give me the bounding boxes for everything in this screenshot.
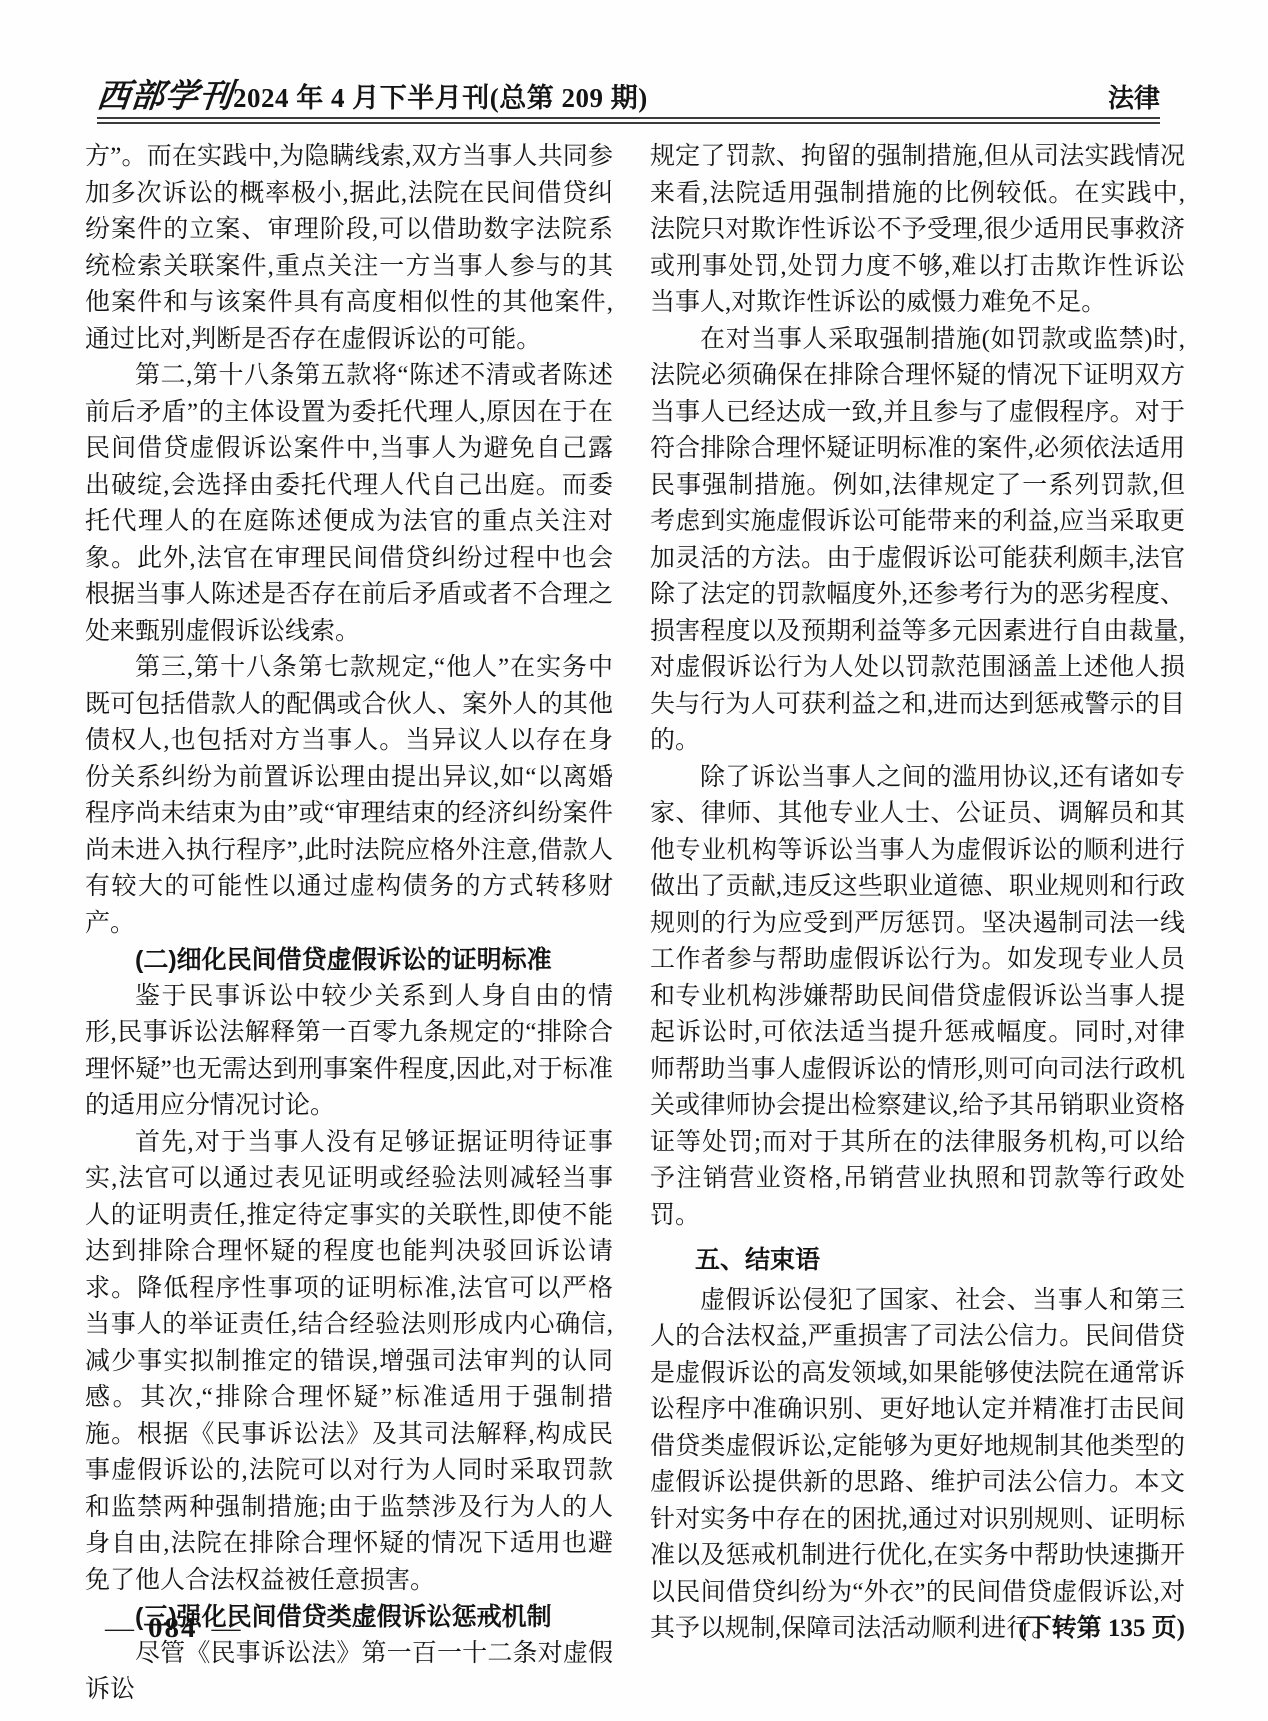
paragraph: 方”。而在实践中,为隐瞒线索,双方当事人共同参加多次诉讼的概率极小,据此,法院在… xyxy=(85,139,613,358)
paragraph: 首先,对于当事人没有足够证据证明待证事实,法官可以通过表见证明或经验法则减轻当事… xyxy=(85,1125,613,1600)
continuation-note: (下转第 135 页) xyxy=(1018,1611,1185,1648)
issue-info: 2024 年 4 月下半月刊(总第 209 期) xyxy=(233,80,648,116)
paragraph: 虚假诉讼侵犯了国家、社会、当事人和第三人的合法权益,严重损害了司法公信力。民间借… xyxy=(650,1283,1185,1648)
subheading-proof-standard: (二)细化民间借贷虚假诉讼的证明标准 xyxy=(85,942,613,979)
page-footer: — 084 — xyxy=(105,1608,241,1648)
section-heading-conclusion: 五、结束语 xyxy=(650,1242,1185,1279)
page-number: 084 xyxy=(148,1608,198,1648)
header-left: 西部学刊 2024 年 4 月下半月刊(总第 209 期) xyxy=(97,78,648,116)
right-column: 规定了罚款、拘留的强制措施,但从司法实践情况来看,法院适用强制措施的比例较低。在… xyxy=(650,139,1185,1709)
paragraph: 规定了罚款、拘留的强制措施,但从司法实践情况来看,法院适用强制措施的比例较低。在… xyxy=(650,139,1185,322)
paragraph: 第三,第十八条第七款规定,“他人”在实务中既可包括借款人的配偶或合伙人、案外人的… xyxy=(85,650,613,942)
paragraph: 第二,第十八条第五款将“陈述不清或者陈述前后矛盾”的主体设置为委托代理人,原因在… xyxy=(85,358,613,650)
journal-page: 西部学刊 2024 年 4 月下半月刊(总第 209 期) 法律 方”。而在实践… xyxy=(0,0,1268,1721)
footer-dash-right: — xyxy=(212,1608,241,1648)
page-header: 西部学刊 2024 年 4 月下半月刊(总第 209 期) 法律 xyxy=(97,78,1160,116)
footer-dash-left: — xyxy=(105,1608,134,1648)
left-column: 方”。而在实践中,为隐瞒线索,双方当事人共同参加多次诉讼的概率极小,据此,法院在… xyxy=(85,139,613,1709)
header-double-rule xyxy=(97,117,1160,124)
paragraph-text: 虚假诉讼侵犯了国家、社会、当事人和第三人的合法权益,严重损害了司法公信力。民间借… xyxy=(650,1287,1185,1643)
paragraph: 除了诉讼当事人之间的滥用协议,还有诸如专家、律师、其他专业人士、公证员、调解员和… xyxy=(650,760,1185,1235)
article-body: 方”。而在实践中,为隐瞒线索,双方当事人共同参加多次诉讼的概率极小,据此,法院在… xyxy=(85,139,1185,1709)
journal-logo: 西部学刊 xyxy=(95,78,235,114)
paragraph: 鉴于民事诉讼中较少关系到人身自由的情形,民事诉讼法解释第一百零九条规定的“排除合… xyxy=(85,979,613,1125)
paragraph: 在对当事人采取强制措施(如罚款或监禁)时,法院必须确保在排除合理怀疑的情况下证明… xyxy=(650,322,1185,760)
section-label: 法律 xyxy=(1108,80,1160,116)
